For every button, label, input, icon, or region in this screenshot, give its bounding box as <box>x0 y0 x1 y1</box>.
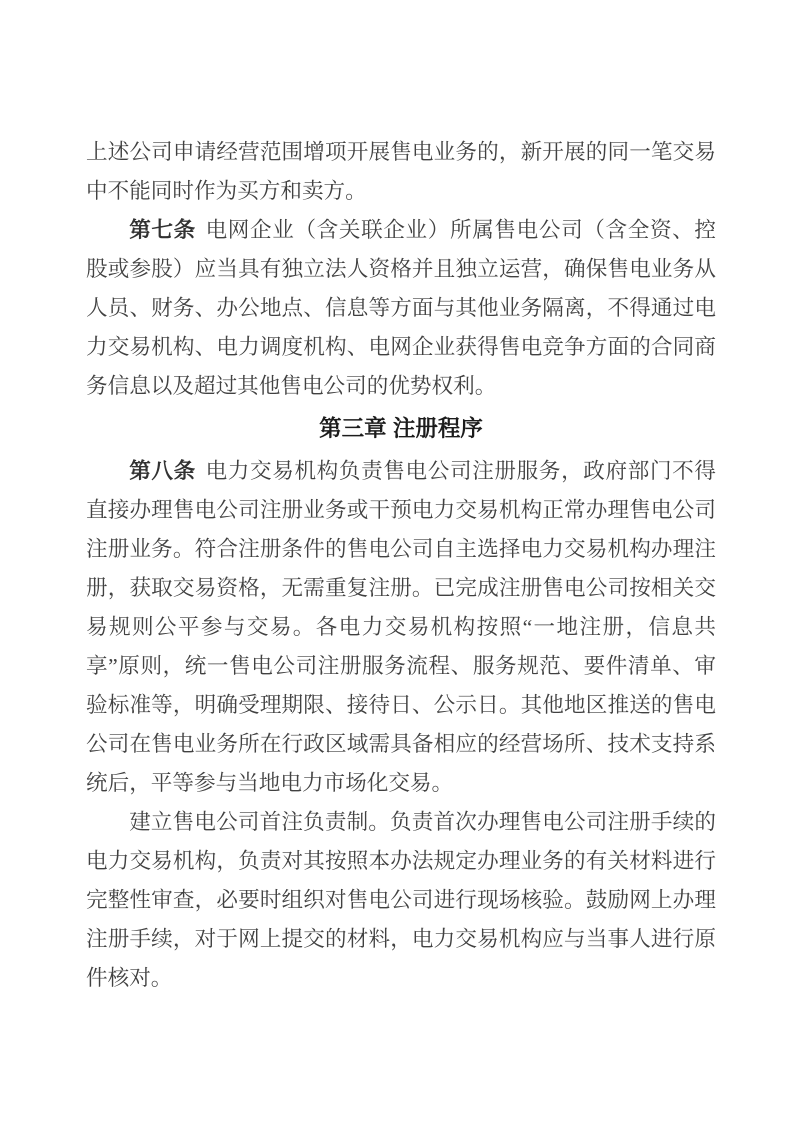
paragraph-text: 电网企业（含关联企业）所属售电公司（含全资、控股或参股）应当具有独立法人资格并且… <box>86 218 716 398</box>
document-content: 上述公司申请经营范围增项开展售电业务的，新开展的同一笔交易中不能同时作为买方和卖… <box>86 133 716 998</box>
document-page: 上述公司申请经营范围增项开展售电业务的，新开展的同一笔交易中不能同时作为买方和卖… <box>0 0 794 1123</box>
paragraph-text: 建立售电公司首注负责制。负责首次办理售电公司注册手续的电力交易机构，负责对其按照… <box>86 810 716 990</box>
article-number: 第八条 <box>129 459 196 483</box>
paragraph-text: 上述公司申请经营范围增项开展售电业务的，新开展的同一笔交易中不能同时作为买方和卖… <box>86 140 716 203</box>
paragraph: 第七条电网企业（含关联企业）所属售电公司（含全资、控股或参股）应当具有独立法人资… <box>86 211 716 406</box>
chapter-heading: 第三章 注册程序 <box>86 409 716 448</box>
paragraph: 建立售电公司首注负责制。负责首次办理售电公司注册手续的电力交易机构，负责对其按照… <box>86 803 716 998</box>
article-number: 第七条 <box>129 218 196 242</box>
paragraph-text: 电力交易机构负责售电公司注册服务，政府部门不得直接办理售电公司注册业务或干预电力… <box>86 459 716 795</box>
paragraph: 第八条电力交易机构负责售电公司注册服务，政府部门不得直接办理售电公司注册业务或干… <box>86 452 716 803</box>
paragraph: 上述公司申请经营范围增项开展售电业务的，新开展的同一笔交易中不能同时作为买方和卖… <box>86 133 716 211</box>
